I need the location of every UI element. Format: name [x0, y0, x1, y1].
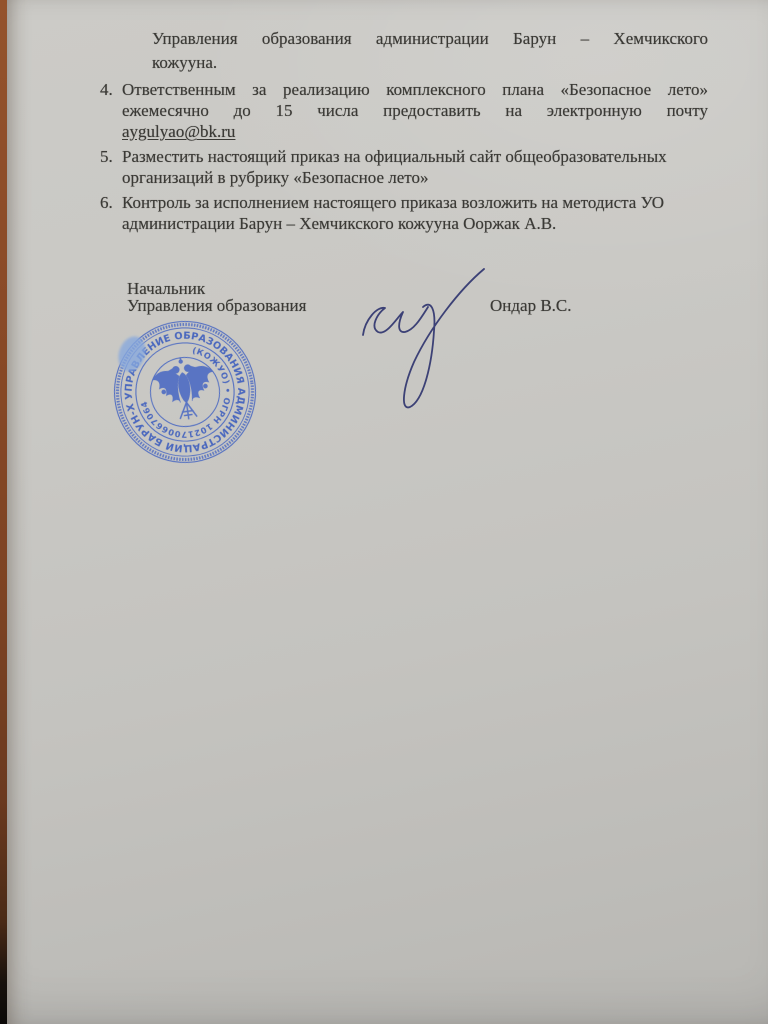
paragraph-continuation: Управления образования администрации Бар… [152, 27, 708, 75]
item-line: администрации Барун – Хемчикского кожуун… [122, 213, 708, 234]
signature-stroke [363, 307, 428, 335]
paper-sheet: Управления образования администрации Бар… [7, 0, 768, 1024]
item-number: 6. [100, 192, 113, 213]
official-stamp: УПРАВЛЕНИЕ ОБРАЗОВАНИЯ АДМИНИСТРАЦИИ БАР… [100, 307, 269, 476]
double-headed-eagle-icon [150, 354, 218, 423]
item-line: Разместить настоящий приказ на официальн… [122, 146, 708, 167]
handwritten-signature-icon [337, 250, 507, 430]
item-number: 5. [100, 146, 113, 167]
item-line: ежемесячно до 15 числа предоставить на э… [122, 100, 708, 121]
signoff-role-line: Начальник [127, 280, 306, 297]
email-address: aygulyao@bk.ru [122, 122, 235, 141]
list-item-6: 6. Контроль за исполнением настоящего пр… [122, 192, 708, 234]
list-item-5: 5. Разместить настоящий приказ на официа… [122, 146, 708, 188]
paragraph-line: Управления образования администрации Бар… [152, 27, 708, 51]
table-edge [0, 0, 7, 1024]
item-number: 4. [100, 79, 113, 100]
item-line: Ответственным за реализацию комплексного… [122, 79, 708, 100]
item-line: организаций в рубрику «Безопасное лето» [122, 167, 708, 188]
item-line: Контроль за исполнением настоящего прика… [122, 192, 708, 213]
list-item-4: 4. Ответственным за реализацию комплексн… [122, 79, 708, 142]
document-photo: Управления образования администрации Бар… [0, 0, 768, 1024]
body-text: Управления образования администрации Бар… [7, 27, 768, 234]
signature-stroke [404, 269, 484, 407]
signoff-role: Начальник Управления образования [127, 280, 306, 314]
paragraph-line: кожууна. [152, 51, 708, 75]
